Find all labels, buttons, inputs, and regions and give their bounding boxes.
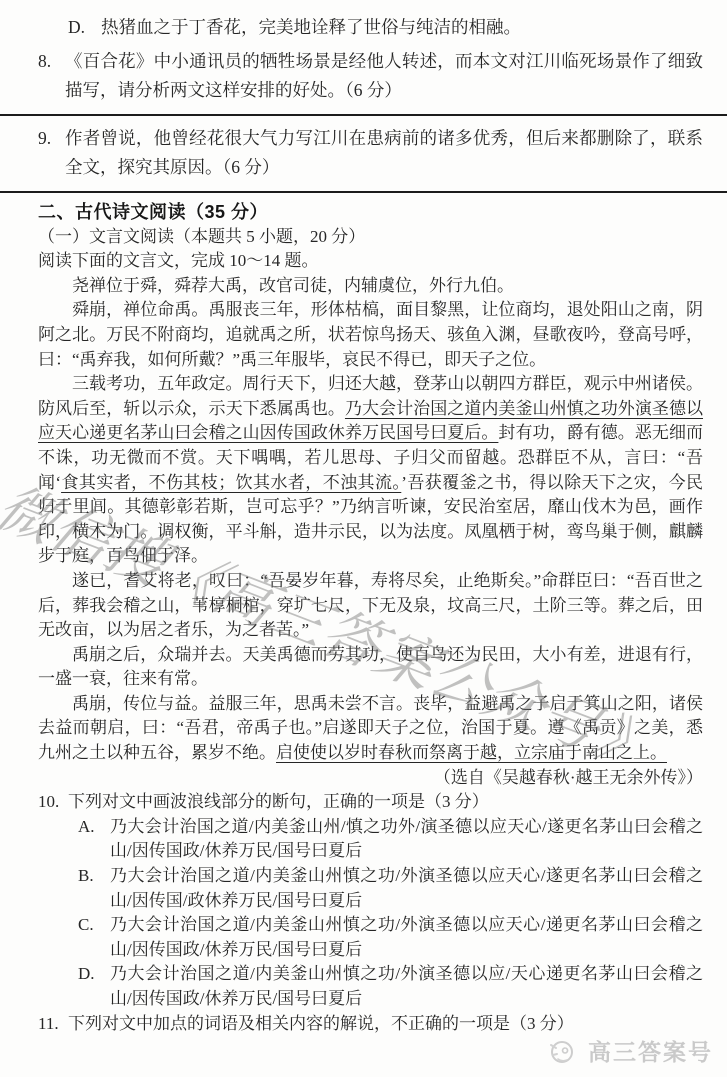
option-label: D.: [78, 962, 110, 987]
option-text: 热猪血之于丁香花，完美地诠释了世俗与纯洁的相融。: [101, 13, 703, 42]
corner-watermark: 高三答案号: [546, 1034, 713, 1067]
question-11: 11. 下列对文中加点的词语及相关内容的解说，不正确的一项是（3 分）: [38, 1012, 703, 1037]
subsection-heading: （一）文言文阅读（本题共 5 小题，20 分）: [38, 225, 703, 250]
option-text: 乃大会计治国之道/内美釜山州/慎之功外/演圣德以应天心/遂更名茅山曰会稽之山/因…: [110, 815, 703, 864]
passage-paragraph: 舜崩，禅位命禹。禹服丧三年，形体枯槁，面目黎黑，让位商均，退处阳山之南，阴阿之北…: [38, 298, 703, 372]
question-number: 8.: [38, 47, 65, 76]
section-divider: [0, 114, 727, 116]
passage-source: （选自《吴越春秋·越王无余外传》）: [38, 766, 703, 791]
passage-text: 禹崩之后，众瑞并去。天美禹德而劳其功，使百鸟还为民田，大小有差，进退有行，一盛一…: [38, 645, 703, 689]
underlined-quotation: 食其实者，不伤其枝；饮其水者，不浊其流。: [61, 473, 401, 492]
question-10: 10. 下列对文中画波浪线部分的断句，正确的一项是（3 分）: [38, 790, 703, 815]
passage-paragraph: 禹崩，传位与益。益服三年，思禹未尝不言。丧毕，益避禹之子启于箕山之阳，诸侯去益而…: [38, 692, 703, 766]
question-8: 8. 《百合花》中小通讯员的牺牲场景是经他人转述，而本文对江川临死场景作了细致描…: [38, 47, 703, 105]
question-text: 下列对文中画波浪线部分的断句，正确的一项是（3 分）: [68, 790, 703, 815]
option-label: B.: [78, 864, 110, 889]
classical-reading-section: 二、古代诗文阅读（35 分） （一）文言文阅读（本题共 5 小题，20 分） 阅…: [38, 200, 703, 1036]
question-text: 《百合花》中小通讯员的牺牲场景是经他人转述，而本文对江川临死场景作了细致描写，请…: [65, 47, 703, 105]
question-number: 9.: [38, 124, 65, 153]
prev-question-option-d: D. 热猪血之于丁香花，完美地诠释了世俗与纯洁的相融。: [38, 13, 703, 42]
option-text: 乃大会计治国之道/内美釜山州慎之功/外演圣德以应/天心递更名茅山曰会稽之山/因传…: [110, 962, 703, 1011]
passage-text: 遂已，耆艾将老，叹曰：“吾晏岁年暮，寿将尽矣，止绝斯矣。”命群臣曰：“吾百世之后…: [38, 571, 703, 639]
option-text: 乃大会计治国之道/内美釜山州慎之功/外演圣德以应天心/递更名茅山曰会稽之山/因传…: [110, 913, 703, 962]
passage-paragraph: 三载考功，五年政定。周行天下，归还大越，登茅山以朝四方群臣，观示中州诸侯。防风后…: [38, 372, 703, 569]
passage-text: 舜崩，禅位命禹。禹服丧三年，形体枯槁，面目黎黑，让位商均，退处阳山之南，阴阿之北…: [38, 300, 703, 368]
question-number: 10.: [38, 790, 68, 815]
passage-text: 尧禅位于舜，舜荐大禹，改官司徒，内辅虞位，外行九伯。: [72, 276, 514, 295]
option-label: D.: [68, 13, 101, 42]
corner-watermark-text: 高三答案号: [588, 1034, 713, 1067]
question-number: 11.: [38, 1012, 68, 1037]
exam-scan-page: D. 热猪血之于丁香花，完美地诠释了世俗与纯洁的相融。 8. 《百合花》中小通讯…: [0, 0, 727, 1077]
passage-paragraph: 尧禅位于舜，舜荐大禹，改官司徒，内辅虞位，外行九伯。: [38, 274, 703, 299]
option-label: C.: [78, 913, 110, 938]
option-label: A.: [78, 815, 110, 840]
question-10-option-c: C. 乃大会计治国之道/内美釜山州慎之功/外演圣德以应天心/递更名茅山曰会稽之山…: [78, 913, 703, 962]
passage-paragraph: 禹崩之后，众瑞并去。天美禹德而劳其功，使百鸟还为民田，大小有差，进退有行，一盛一…: [38, 643, 703, 692]
passage-intro: 阅读下面的文言文，完成 10～14 题。: [38, 249, 703, 274]
question-10-option-d: D. 乃大会计治国之道/内美釜山州慎之功/外演圣德以应/天心递更名茅山曰会稽之山…: [78, 962, 703, 1011]
question-10-option-b: B. 乃大会计治国之道/内美釜山州慎之功/外演圣德以应天心/遂更名茅山曰会稽之山…: [78, 864, 703, 913]
section-divider: [0, 191, 727, 193]
question-10-option-a: A. 乃大会计治国之道/内美釜山州/慎之功外/演圣德以应天心/遂更名茅山曰会稽之…: [78, 815, 703, 864]
top-questions-block: D. 热猪血之于丁香花，完美地诠释了世俗与纯洁的相融。 8. 《百合花》中小通讯…: [38, 13, 703, 193]
underlined-sentence: 启使使以岁时春秋而祭离于越，立宗庙于南山之上。: [276, 743, 667, 762]
watermark-logo-icon: [546, 1035, 580, 1067]
question-text: 作者曾说，他曾经花很大气力写江川在患病前的诸多优秀，但后来都删除了，联系全文，探…: [65, 124, 703, 182]
section-heading: 二、古代诗文阅读（35 分）: [38, 200, 703, 225]
passage-paragraph: 遂已，耆艾将老，叹曰：“吾晏岁年暮，寿将尽矣，止绝斯矣。”命群臣曰：“吾百世之后…: [38, 569, 703, 643]
question-text: 下列对文中加点的词语及相关内容的解说，不正确的一项是（3 分）: [68, 1012, 703, 1037]
option-text: 乃大会计治国之道/内美釜山州慎之功/外演圣德以应天心/遂更名茅山曰会稽之山/因传…: [110, 864, 703, 913]
question-9: 9. 作者曾说，他曾经花很大气力写江川在患病前的诸多优秀，但后来都删除了，联系全…: [38, 124, 703, 182]
